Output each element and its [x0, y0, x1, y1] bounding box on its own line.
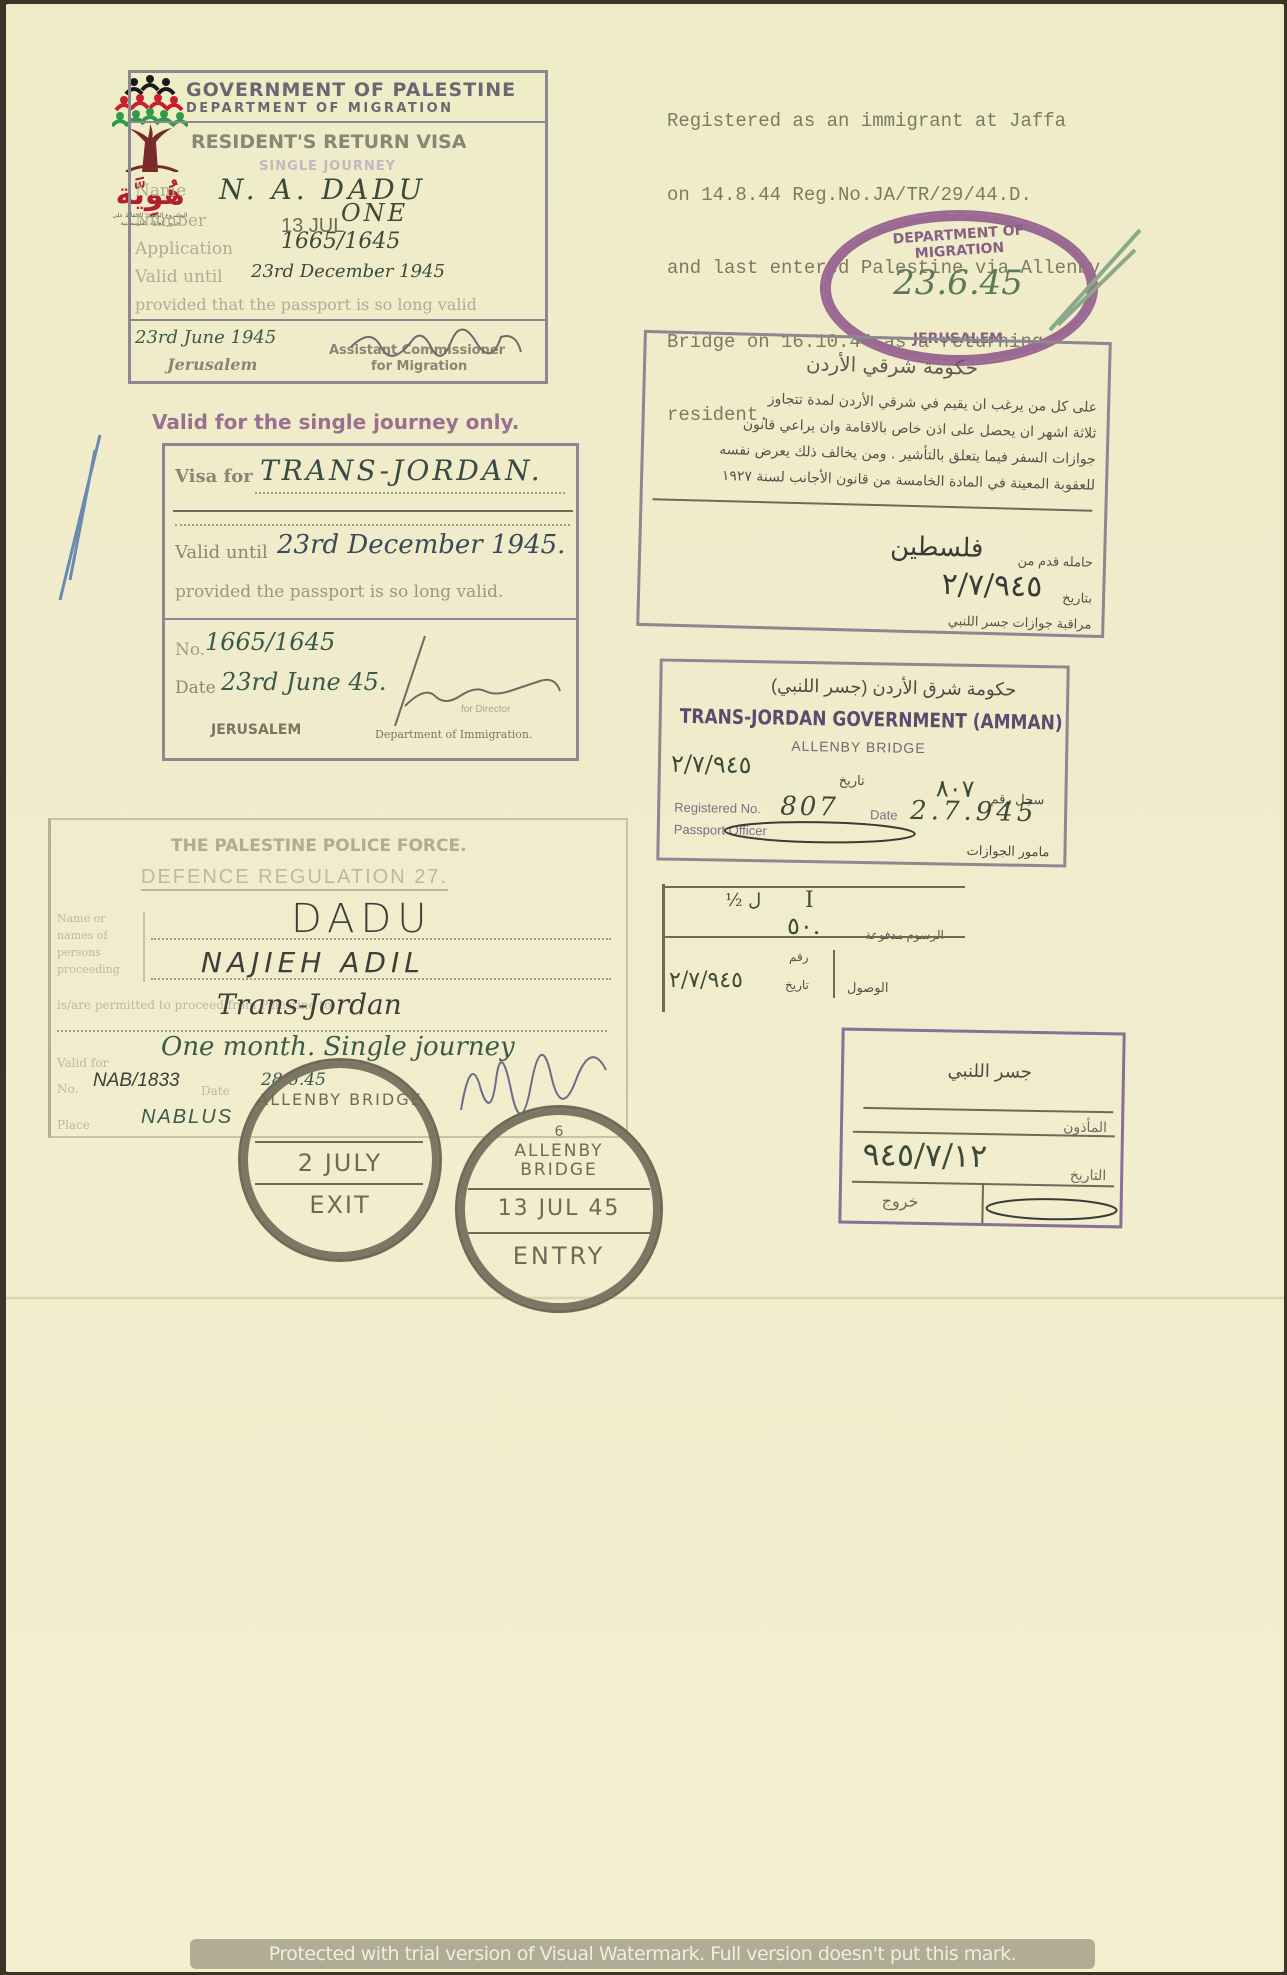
police-given-names: NAJIEH ADIL [201, 946, 425, 979]
signature-icon [365, 626, 585, 736]
valid-until-value: 23rd December 1945 [251, 261, 445, 282]
issue-place: Jerusalem [167, 355, 257, 374]
tjg-date-ar-value: ٢/٧/٩٤٥ [671, 750, 752, 779]
visa-for-label: Visa for [175, 466, 253, 487]
typed-note-line: Registered as an immigrant at Jaffa [667, 109, 1267, 134]
return-visa-stamp: GOVERNMENT OF PALESTINE DEPARTMENT OF MI… [128, 70, 548, 384]
valid-until-label: Valid until [135, 267, 223, 287]
issue-date: 23rd June 1945 [135, 327, 276, 348]
divider [255, 1141, 423, 1143]
tjg-title-ar: حكومة شرق الأردن (جسر اللنبي) [771, 675, 1017, 700]
arabic-exit-stamp: جسر اللنبي المأذون التاريخ ٩٤٥/٧/١٢ خروج [838, 1028, 1125, 1229]
police-no-label: No. [57, 1082, 78, 1096]
divider [255, 1183, 423, 1185]
permit-date-value: ٢/٧/٩٤٥ [941, 567, 1043, 605]
typed-note-line: on 14.8.44 Reg.No.JA/TR/29/44.D. [667, 183, 1267, 208]
exit-stamp-type: EXIT [241, 1191, 439, 1219]
return-visa-header-2: DEPARTMENT OF MIGRATION [186, 101, 454, 116]
application-label: Application [135, 239, 233, 259]
divider [863, 1107, 1113, 1113]
bearer-label: حامله قدم من [1017, 553, 1093, 571]
arabic-residence-notice-stamp: حكومة شرقي الأردن على كل من يرغب ان يقيم… [636, 330, 1112, 638]
stamp-overlay-date: 13 JUL [281, 215, 344, 238]
tj-no-label: No. [175, 640, 205, 660]
notice-title: حكومة شرقي الأردن [806, 351, 979, 379]
exit-stamp-date: 2 JULY [241, 1149, 439, 1177]
signature-icon [719, 813, 930, 857]
tj-date-value: 23rd June 45. [221, 668, 387, 696]
oval-top-text: DEPARTMENT OF MIGRATION [852, 220, 1066, 267]
return-visa-title: RESIDENT'S RETURN VISA [191, 131, 466, 153]
exit-stamp-place: ALLENBY BRIDGE [241, 1091, 439, 1109]
arabic-exit-date-label: التاريخ [1070, 1167, 1107, 1185]
return-visa-subtitle: SINGLE JOURNEY [259, 159, 396, 174]
permit-footer: مراقبة جوازات جسر اللنبي [948, 613, 1092, 633]
name-label: Name [135, 181, 186, 201]
divider [665, 936, 965, 938]
fees-number-label: رقم [789, 950, 809, 964]
signature-icon [981, 1183, 1132, 1236]
return-visa-header-1: GOVERNMENT OF PALESTINE [186, 79, 516, 101]
tj-provided-text: provided the passport is so long valid. [175, 582, 503, 602]
police-destination: Trans-Jordan [217, 988, 402, 1021]
provided-text: provided that the passport is so long va… [135, 295, 477, 314]
page-fold-line [6, 1296, 1284, 1300]
tj-date-label: Date [175, 678, 216, 698]
allenby-exit-stamp: ALLENBY BRIDGE 2 JULY EXIT [238, 1058, 442, 1262]
police-name-label: Name or names of persons proceeding [57, 910, 137, 978]
police-regulation: DEFENCE REGULATION 27. [141, 866, 448, 891]
police-place-label: Place [57, 1118, 90, 1132]
underline [173, 510, 573, 512]
single-journey-caption: Valid for the single journey only. [152, 410, 519, 434]
permit-date-label: بتاريخ [1062, 590, 1092, 607]
bearer-value: فلسطين [890, 531, 984, 563]
tj-place: JERUSALEM [211, 722, 301, 738]
pen-stroke-icon [50, 430, 110, 610]
transjordan-government-stamp: حكومة شرق الأردن (جسر اللنبي) TRANS-JORD… [656, 658, 1069, 867]
signature-icon [341, 317, 541, 367]
visa-for-value: TRANS-JORDAN. [260, 454, 543, 487]
number-value: ONE [341, 199, 408, 227]
oval-date: 23.6.45 [873, 263, 1043, 303]
police-surname: DADU [291, 896, 433, 942]
allenby-entry-stamp: 6 ALLENBY BRIDGE 13 JUL 45 ENTRY [455, 1105, 663, 1313]
police-date-label: Date [201, 1084, 230, 1098]
police-place-value: NABLUS [141, 1106, 233, 1129]
arabic-exit-type: خروج [882, 1191, 919, 1212]
arabic-exit-officer-label: المأذون [1063, 1118, 1107, 1136]
fees-date-value: ٢/٧/٩٤٥ [669, 968, 743, 993]
fees-date-label: تاريخ [785, 978, 809, 992]
divider [165, 618, 577, 620]
tjg-date-ar-label: تاريخ [839, 773, 865, 789]
arabic-exit-title: جسر اللنبي [947, 1060, 1032, 1082]
fee-value-2: I [805, 888, 814, 913]
arabic-exit-date-value: ٩٤٥/٧/١٢ [862, 1135, 987, 1175]
fees-receipt-label: الوصول [847, 980, 889, 996]
tj-no-value: 1665/1645 [205, 628, 335, 656]
divider [665, 886, 965, 888]
entry-stamp-date: 13 JUL 45 [458, 1196, 660, 1221]
number-label: Number [135, 211, 206, 231]
tjg-title-en: TRANS-JORDAN GOVERNMENT (AMMAN) [680, 704, 1063, 735]
notice-body: على كل من يرغب ان يقيم في شرقي الأردن لم… [655, 383, 1098, 498]
police-header: THE PALESTINE POLICE FORCE. [171, 836, 467, 856]
tj-valid-until-value: 23rd December 1945. [277, 530, 565, 560]
divider [468, 1188, 650, 1190]
dotted-line [255, 492, 565, 494]
tjg-subtitle: ALLENBY BRIDGE [791, 738, 926, 756]
police-valid-for-label: Valid for [57, 1056, 108, 1070]
divider [652, 498, 1092, 512]
dotted-line [151, 978, 611, 980]
fees-paid-stamp: ½ ل I ٥٠. الرسوم مدفوعة رقم تاريخ ٢/٧/٩٤… [662, 884, 1005, 1012]
fees-label: الرسوم مدفوعة [865, 928, 944, 942]
tjg-officer-ar-label: مامور الجوازات [966, 843, 1049, 860]
bracket [143, 912, 145, 982]
dotted-line [175, 524, 570, 526]
pen-stroke-icon [1040, 220, 1150, 340]
transjordan-visa-stamp: Visa for TRANS-JORDAN. Valid until 23rd … [162, 443, 579, 761]
dotted-line [151, 938, 611, 940]
divider [833, 950, 835, 998]
trial-watermark: Protected with trial version of Visual W… [190, 1939, 1095, 1969]
police-no-value: NAB/1833 [93, 1070, 180, 1092]
divider [468, 1232, 650, 1234]
entry-stamp-type: ENTRY [458, 1242, 660, 1270]
divider [131, 121, 545, 123]
fee-value-1: ½ ل [725, 890, 761, 911]
entry-stamp-place: ALLENBY BRIDGE [488, 1142, 630, 1180]
tj-valid-until-label: Valid until [175, 542, 268, 563]
entry-stamp-number: 6 [458, 1124, 660, 1140]
